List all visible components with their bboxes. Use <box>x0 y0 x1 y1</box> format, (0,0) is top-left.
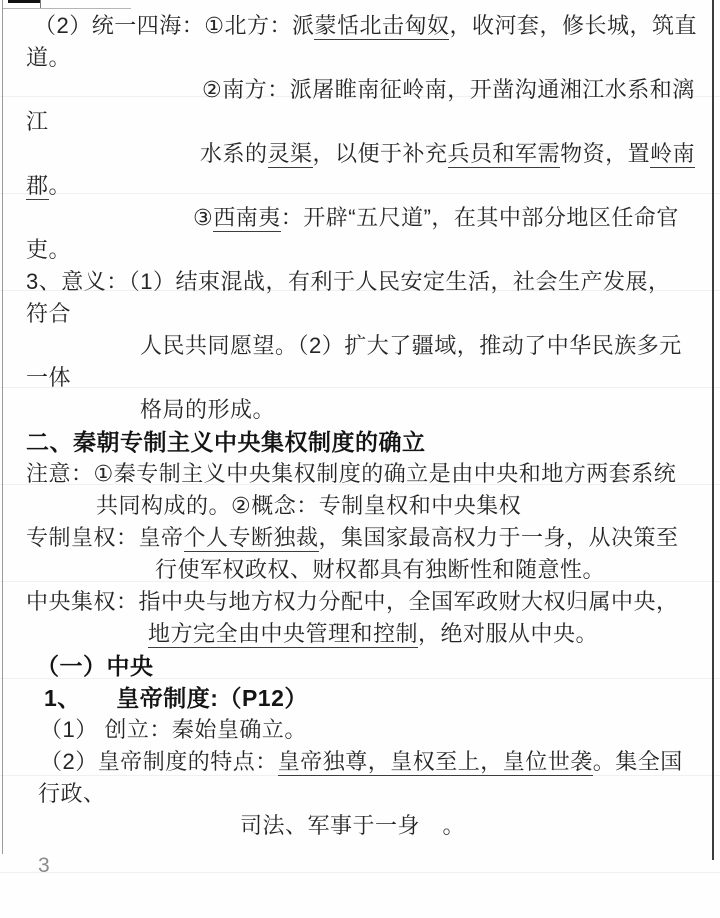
text-segment: 行使军权政权、财权都具有独断性和随意性。 <box>155 557 605 582</box>
text-segment: 道。 <box>26 45 71 70</box>
text-segment: 江 <box>26 109 49 134</box>
text-segment: 1、 <box>44 685 69 711</box>
text-segment: ，集国家最高权力于一身，从决策至 <box>319 525 679 550</box>
text-line: 地方完全由中央管理和控制，绝对服从中央。 <box>0 618 710 650</box>
text-line: 人民共同愿望。（2）扩大了疆域，推动了中华民族多元 <box>0 330 710 362</box>
text-line: 行政、 <box>0 778 710 810</box>
text-segment: ，以便于补充 <box>313 141 448 166</box>
table-remnant-hline <box>3 8 131 9</box>
text-segment: ③ <box>193 205 213 230</box>
text-segment: 吏。 <box>26 237 71 262</box>
text-segment: ，绝对服从中央。 <box>418 621 598 646</box>
text-line: 3、意义：（1）结束混战，有利于人民安定生活，社会生产发展， <box>0 266 710 298</box>
text-segment: 一体 <box>26 365 71 390</box>
text-segment: 水系的 <box>200 141 268 166</box>
text-line: 司法、军事于一身 。 <box>0 810 710 842</box>
underlined-text: 岭南 <box>650 141 695 168</box>
text-line: 1、 皇帝制度:（P12） <box>0 682 710 714</box>
text-segment: （一）中央 <box>36 653 154 679</box>
underlined-text: 郡 <box>26 173 49 200</box>
text-line: （2）统一四海：①北方：派蒙恬北击匈奴，收河套，修长城，筑直 <box>0 10 710 42</box>
text-line: 道。 <box>0 42 710 74</box>
text-segment: ，收河套，修长城，筑直 <box>449 13 697 38</box>
underlined-text: 灵渠 <box>268 141 313 168</box>
text-segment: 格局的形成。 <box>140 397 275 422</box>
text-line: 符合 <box>0 298 710 330</box>
text-line: 水系的灵渠，以便于补充兵员和军需物资，置岭南 <box>0 138 710 170</box>
text-line: 格局的形成。 <box>0 394 710 426</box>
text-line: 郡。 <box>0 170 710 202</box>
text-line: 吏。 <box>0 234 710 266</box>
text-segment: 符合 <box>26 301 71 326</box>
underlined-text: 地方完全由中央管理和控制 <box>148 621 418 648</box>
text-line: 中央集权：指中央与地方权力分配中，全国军政财大权归属中央， <box>0 586 710 618</box>
text-line: ③西南夷：开辟“五尺道”，在其中部分地区任命官 <box>0 202 710 234</box>
text-segment: （2）统一四海：①北方：派 <box>34 13 314 38</box>
text-segment: 司法、军事于一身 <box>240 813 420 838</box>
text-line: （2）皇帝制度的特点：皇帝独尊，皇权至上，皇位世袭。集全国 <box>0 746 710 778</box>
underlined-text: 蒙恬北击匈奴 <box>314 13 449 40</box>
text-segment: 注意：①秦专制主义中央集权制度的确立是由中央和地方两套系统 <box>26 461 676 486</box>
page-number: 3 <box>38 852 50 880</box>
text-segment: 共同构成的。②概念：专制皇权和中央集权 <box>96 493 521 518</box>
text-segment: 。 <box>420 813 465 838</box>
text-segment: 。 <box>49 173 72 198</box>
text-segment <box>69 685 116 711</box>
text-segment: （1） 创立：秦始皇确立。 <box>40 717 307 742</box>
text-line: （1） 创立：秦始皇确立。 <box>0 714 710 746</box>
underlined-text: 皇帝独尊，皇权至上，皇位世袭 <box>278 749 593 776</box>
text-segment: ：开辟“五尺道”，在其中部分地区任命官 <box>281 205 679 230</box>
text-line: 二、秦朝专制主义中央集权制度的确立 <box>0 426 710 458</box>
text-line: 专制皇权：皇帝个人专断独裁，集国家最高权力于一身，从决策至 <box>0 522 710 554</box>
table-remnant-bar <box>8 0 41 3</box>
text-segment: 皇帝制度:（P12） <box>116 685 308 711</box>
text-segment: （2）皇帝制度的特点： <box>40 749 278 774</box>
text-segment: 行政、 <box>38 781 106 806</box>
text-segment: 中央集权：指中央与地方权力分配中，全国军政财大权归属中央， <box>26 589 679 614</box>
text-line: 共同构成的。②概念：专制皇权和中央集权 <box>0 490 710 522</box>
underlined-text: 兵员和军需 <box>448 141 561 168</box>
text-line: 行使军权政权、财权都具有独断性和随意性。 <box>0 554 710 586</box>
text-segment: 物资，置 <box>560 141 650 166</box>
text-segment: 二、秦朝专制主义中央集权制度的确立 <box>26 429 426 455</box>
underlined-text: 个人专断独裁 <box>184 525 319 552</box>
text-line: 一体 <box>0 362 710 394</box>
text-content: （2）统一四海：①北方：派蒙恬北击匈奴，收河套，修长城，筑直道。②南方：派屠睢南… <box>0 10 710 842</box>
text-segment: 人民共同愿望。（2）扩大了疆域，推动了中华民族多元 <box>140 333 682 358</box>
text-line: 注意：①秦专制主义中央集权制度的确立是由中央和地方两套系统 <box>0 458 710 490</box>
text-line: 江 <box>0 106 710 138</box>
text-line: （一）中央 <box>0 650 710 682</box>
document-page: （2）统一四海：①北方：派蒙恬北击匈奴，收河套，修长城，筑直道。②南方：派屠睢南… <box>0 0 720 918</box>
text-segment: 。集全国 <box>593 749 683 774</box>
text-segment: 3、意义：（1）结束混战，有利于人民安定生活，社会生产发展， <box>26 269 670 294</box>
text-line: ②南方：派屠睢南征岭南，开凿沟通湘江水系和漓 <box>0 74 710 106</box>
underlined-text: 西南夷 <box>213 205 281 232</box>
page-border-right <box>712 0 714 860</box>
text-segment: 专制皇权：皇帝 <box>26 525 184 550</box>
text-segment: ②南方：派屠睢南征岭南，开凿沟通湘江水系和漓 <box>202 77 695 102</box>
